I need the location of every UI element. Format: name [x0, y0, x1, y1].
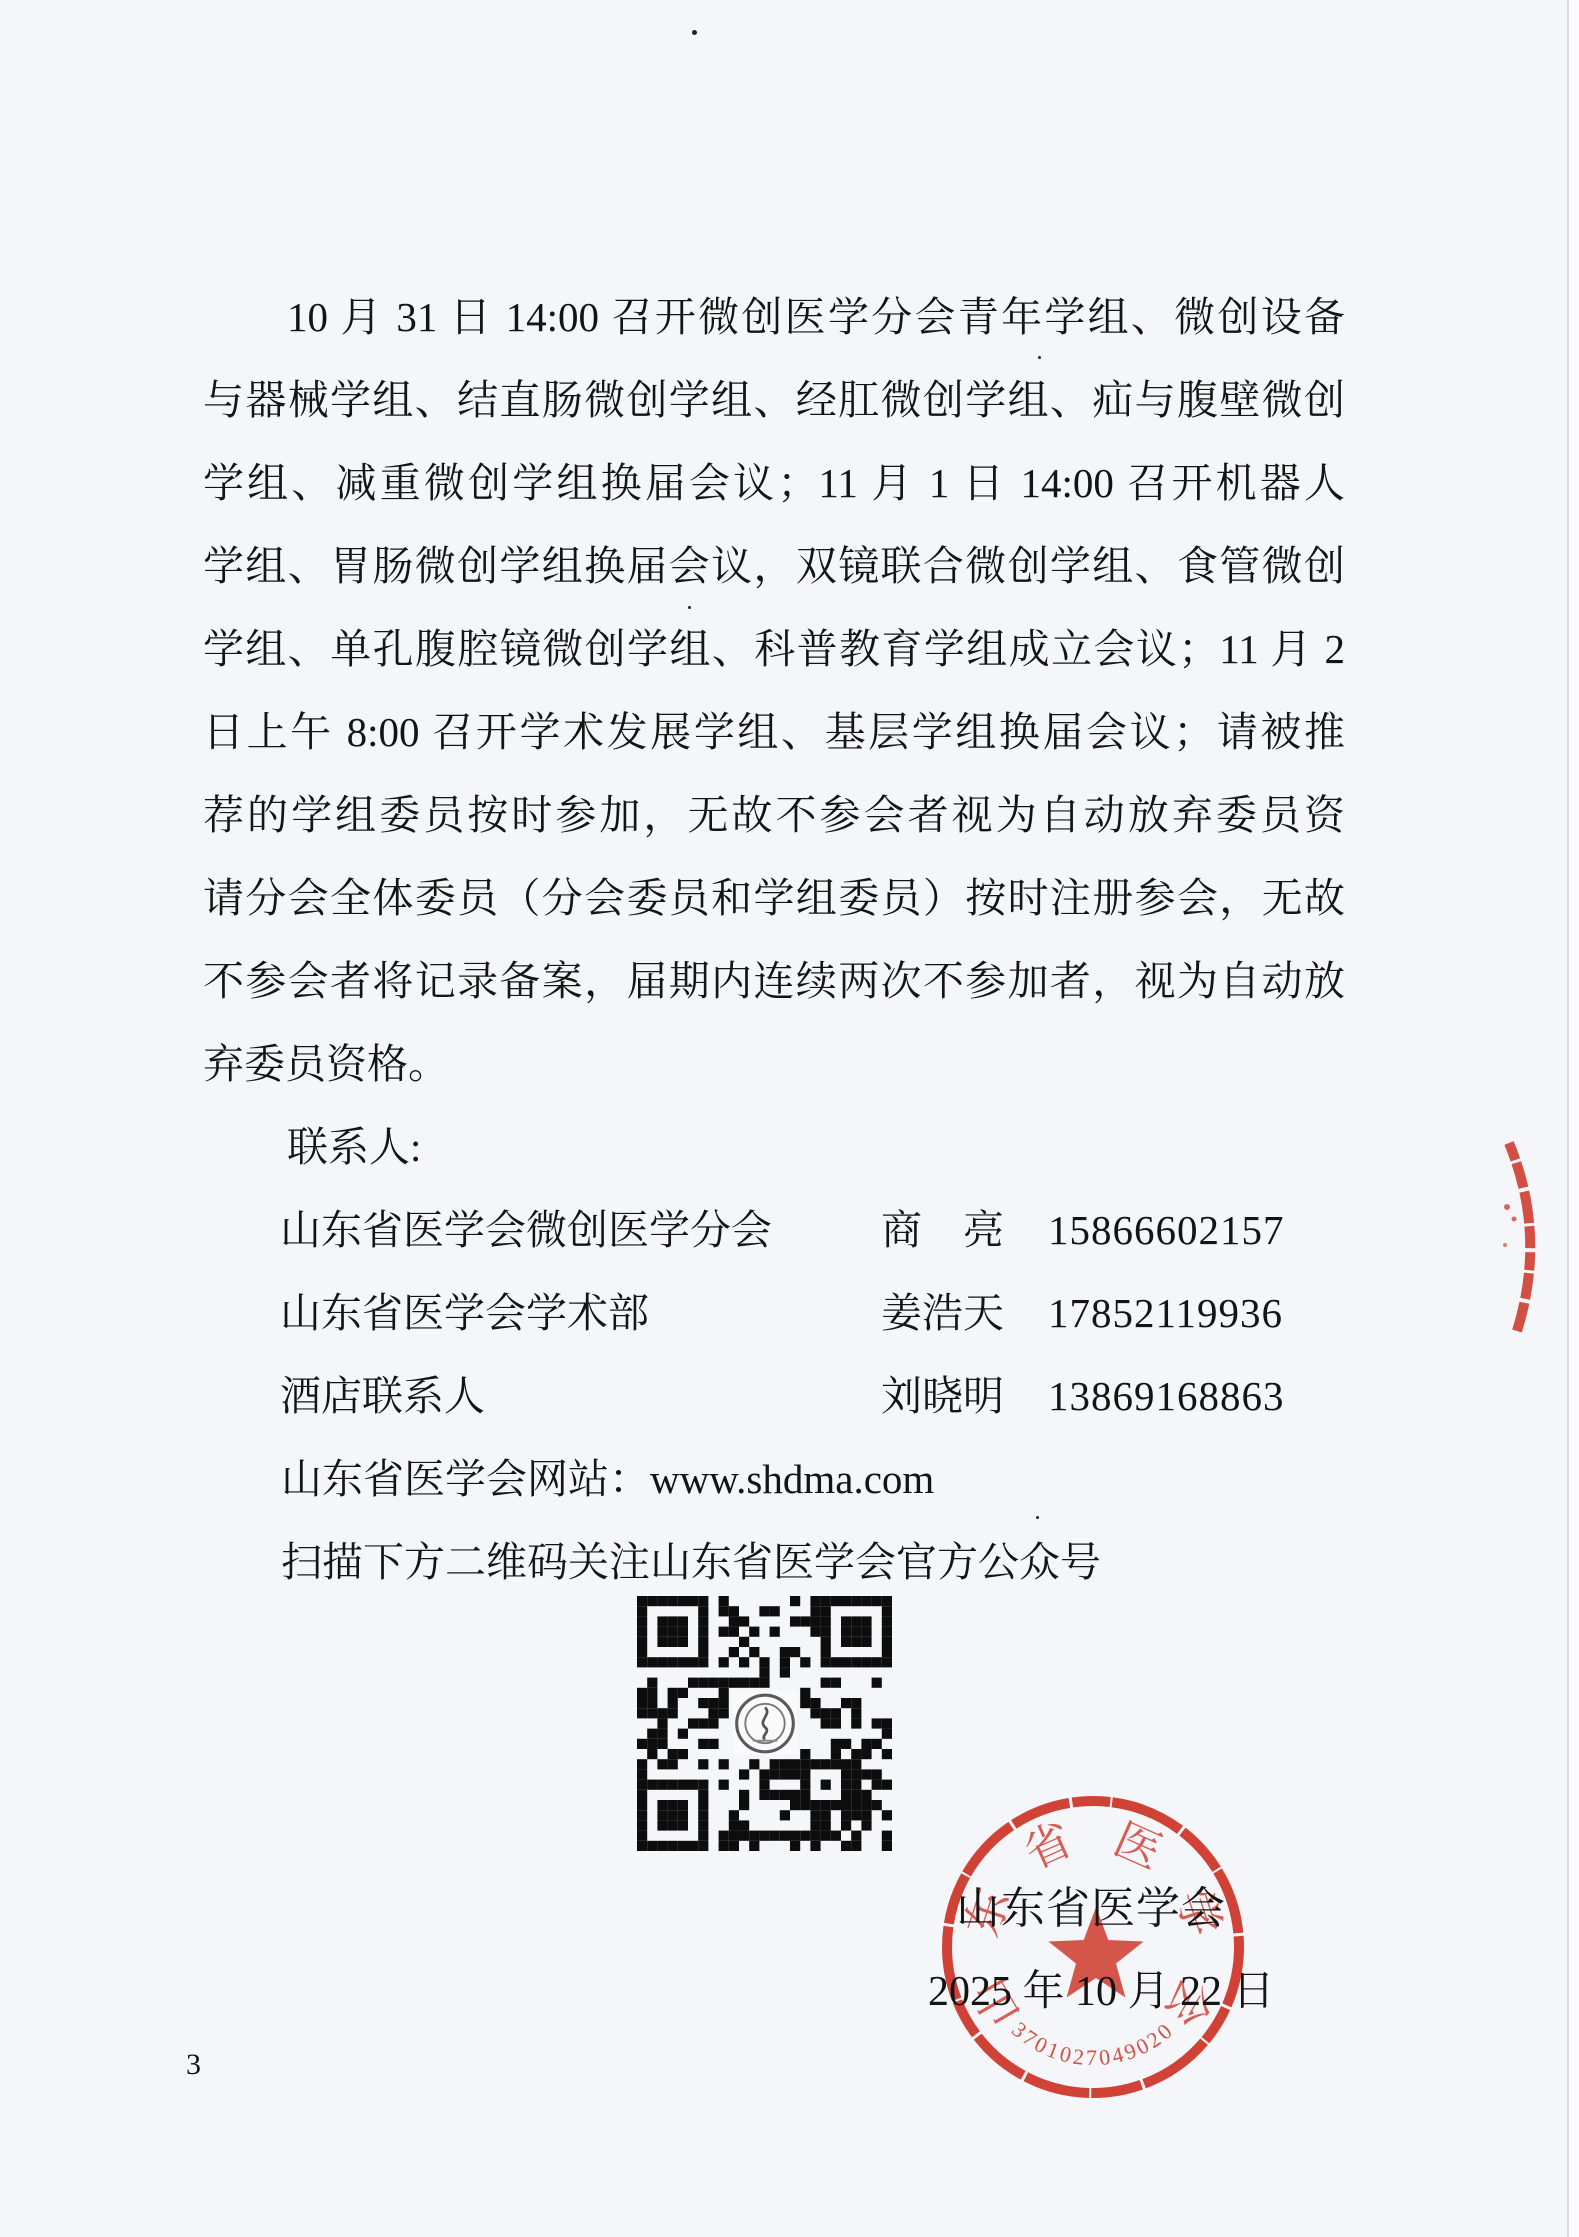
document-page: { "page": { "number": "3" }, "document":… [0, 0, 1579, 2237]
contact-org: 山东省医学会微创医学分会 [280, 1189, 772, 1272]
scan-speck [692, 30, 697, 35]
scan-speck [1036, 1516, 1039, 1519]
qr-center-emblem [733, 1691, 797, 1755]
contact-name: 刘晓明 [881, 1355, 1004, 1438]
body-line: 荐的学组委员按时参加，无故不参会者视为自动放弃委员资格。 [203, 774, 1345, 857]
body-line: 与器械学组、结直肠微创学组、经肛微创学组、疝与腹壁微创 [203, 359, 1345, 442]
contact-row: 酒店联系人 刘晓明 13869168863 [203, 1355, 1345, 1438]
contact-name: 姜浩天 [881, 1272, 1004, 1355]
qr-caption: 扫描下方二维码关注山东省医学会官方公众号 [203, 1521, 1345, 1604]
website-line: 山东省医学会网站：www.shdma.com [203, 1438, 1345, 1521]
partial-seal-arc [1495, 1135, 1555, 1340]
contact-phone: 13869168863 [1048, 1355, 1285, 1438]
contact-org: 酒店联系人 [280, 1355, 485, 1438]
page-number: 3 [186, 2048, 201, 2082]
contact-row: 山东省医学会学术部 姜浩天 17852119936 [203, 1272, 1345, 1355]
seal-serial: 3701027049020 [1007, 2017, 1179, 2071]
body-line: 弃委员资格。 [203, 1023, 1345, 1106]
official-seal: 山 东 省 医 学 会 3701027049020 [933, 1787, 1253, 2107]
seal-ring-char: 医 [1107, 1813, 1170, 1878]
qr-code [637, 1596, 892, 1851]
scan-speck [688, 606, 691, 609]
contacts-label: 联系人: [203, 1106, 1345, 1189]
signature-date: 2025 年 10 月 22 日 [928, 1958, 1275, 2018]
scan-margin [1569, 0, 1579, 2237]
body-line: 学组、胃肠微创学组换届会议，双镜联合微创学组、食管微创 [203, 525, 1345, 608]
body-line: 日上午 8:00 召开学术发展学组、基层学组换届会议；请被推 [203, 691, 1345, 774]
contact-row: 山东省医学会微创医学分会 商 亮 15866602157 [203, 1189, 1345, 1272]
body-line: 学组、单孔腹腔镜微创学组、科普教育学组成立会议；11 月 2 [203, 608, 1345, 691]
contact-org: 山东省医学会学术部 [280, 1272, 649, 1355]
seal-ring-char: 省 [1017, 1813, 1080, 1878]
body-line: 不参会者将记录备案，届期内连续两次不参加者，视为自动放 [203, 940, 1345, 1023]
body-line: 学组、减重微创学组换届会议；11 月 1 日 14:00 召开机器人 [203, 442, 1345, 525]
signature-org: 山东省医学会 [956, 1872, 1226, 1936]
body-line: 请分会全体委员（分会委员和学组委员）按时注册参会，无故 [203, 857, 1345, 940]
contact-phone: 17852119936 [1048, 1272, 1283, 1355]
body-line: 10 月 31 日 14:00 召开微创医学分会青年学组、微创设备 [203, 276, 1345, 359]
document-body: 10 月 31 日 14:00 召开微创医学分会青年学组、微创设备 与器械学组、… [203, 276, 1345, 1604]
contact-name: 商 亮 [881, 1189, 1004, 1272]
scan-speck [1038, 356, 1041, 359]
contact-phone: 15866602157 [1048, 1189, 1285, 1272]
scan-edge-line [1567, 0, 1569, 2237]
svg-text:3701027049020: 3701027049020 [1007, 2017, 1179, 2071]
